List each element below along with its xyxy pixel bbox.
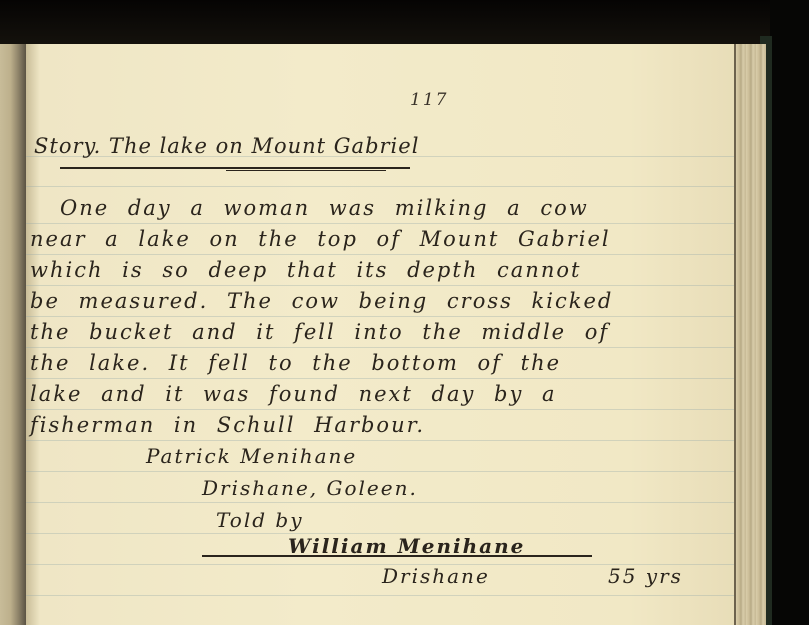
notebook-page: 117 Story. The lake on Mount Gabriel One… [26, 44, 734, 625]
ruled-line [26, 471, 734, 472]
ruled-line [26, 409, 734, 410]
ruled-line [26, 440, 734, 441]
scan-background-right [770, 0, 809, 625]
facing-page-edge [0, 44, 26, 625]
ruled-line [26, 378, 734, 379]
ruled-line [26, 347, 734, 348]
story-line: lake and it was found next day by a [30, 382, 557, 406]
story-line: the bucket and it fell into the middle o… [30, 320, 609, 344]
story-line: near a lake on the top of Mount Gabriel [30, 227, 611, 251]
story-line: which is so deep that its depth cannot [30, 258, 581, 282]
ruled-line [26, 254, 734, 255]
scan-background-top [0, 0, 809, 44]
told-by-label: Told by [216, 508, 304, 532]
title-underline-secondary [226, 170, 386, 171]
story-title: Story. The lake on Mount Gabriel [34, 134, 419, 158]
page-stack-edges [734, 44, 766, 625]
ruled-line [26, 285, 734, 286]
ruled-line [26, 502, 734, 503]
page-number: 117 [410, 90, 448, 110]
ruled-line [26, 316, 734, 317]
story-line: be measured. The cow being cross kicked [30, 289, 613, 313]
ruled-line [26, 186, 734, 187]
story-line: fisherman in Schull Harbour. [30, 413, 425, 437]
informant-address: Drishane [382, 564, 490, 588]
collector-address: Drishane, Goleen. [202, 476, 418, 500]
story-line: One day a woman was milking a cow [60, 196, 589, 220]
title-underline [60, 167, 410, 169]
ruled-line [26, 595, 734, 596]
collector-name: Patrick Menihane [146, 444, 357, 468]
story-line: the lake. It fell to the bottom of the [30, 351, 561, 375]
ruled-line [26, 223, 734, 224]
informant-age: 55 yrs [608, 564, 683, 588]
signature-underline [202, 555, 592, 557]
